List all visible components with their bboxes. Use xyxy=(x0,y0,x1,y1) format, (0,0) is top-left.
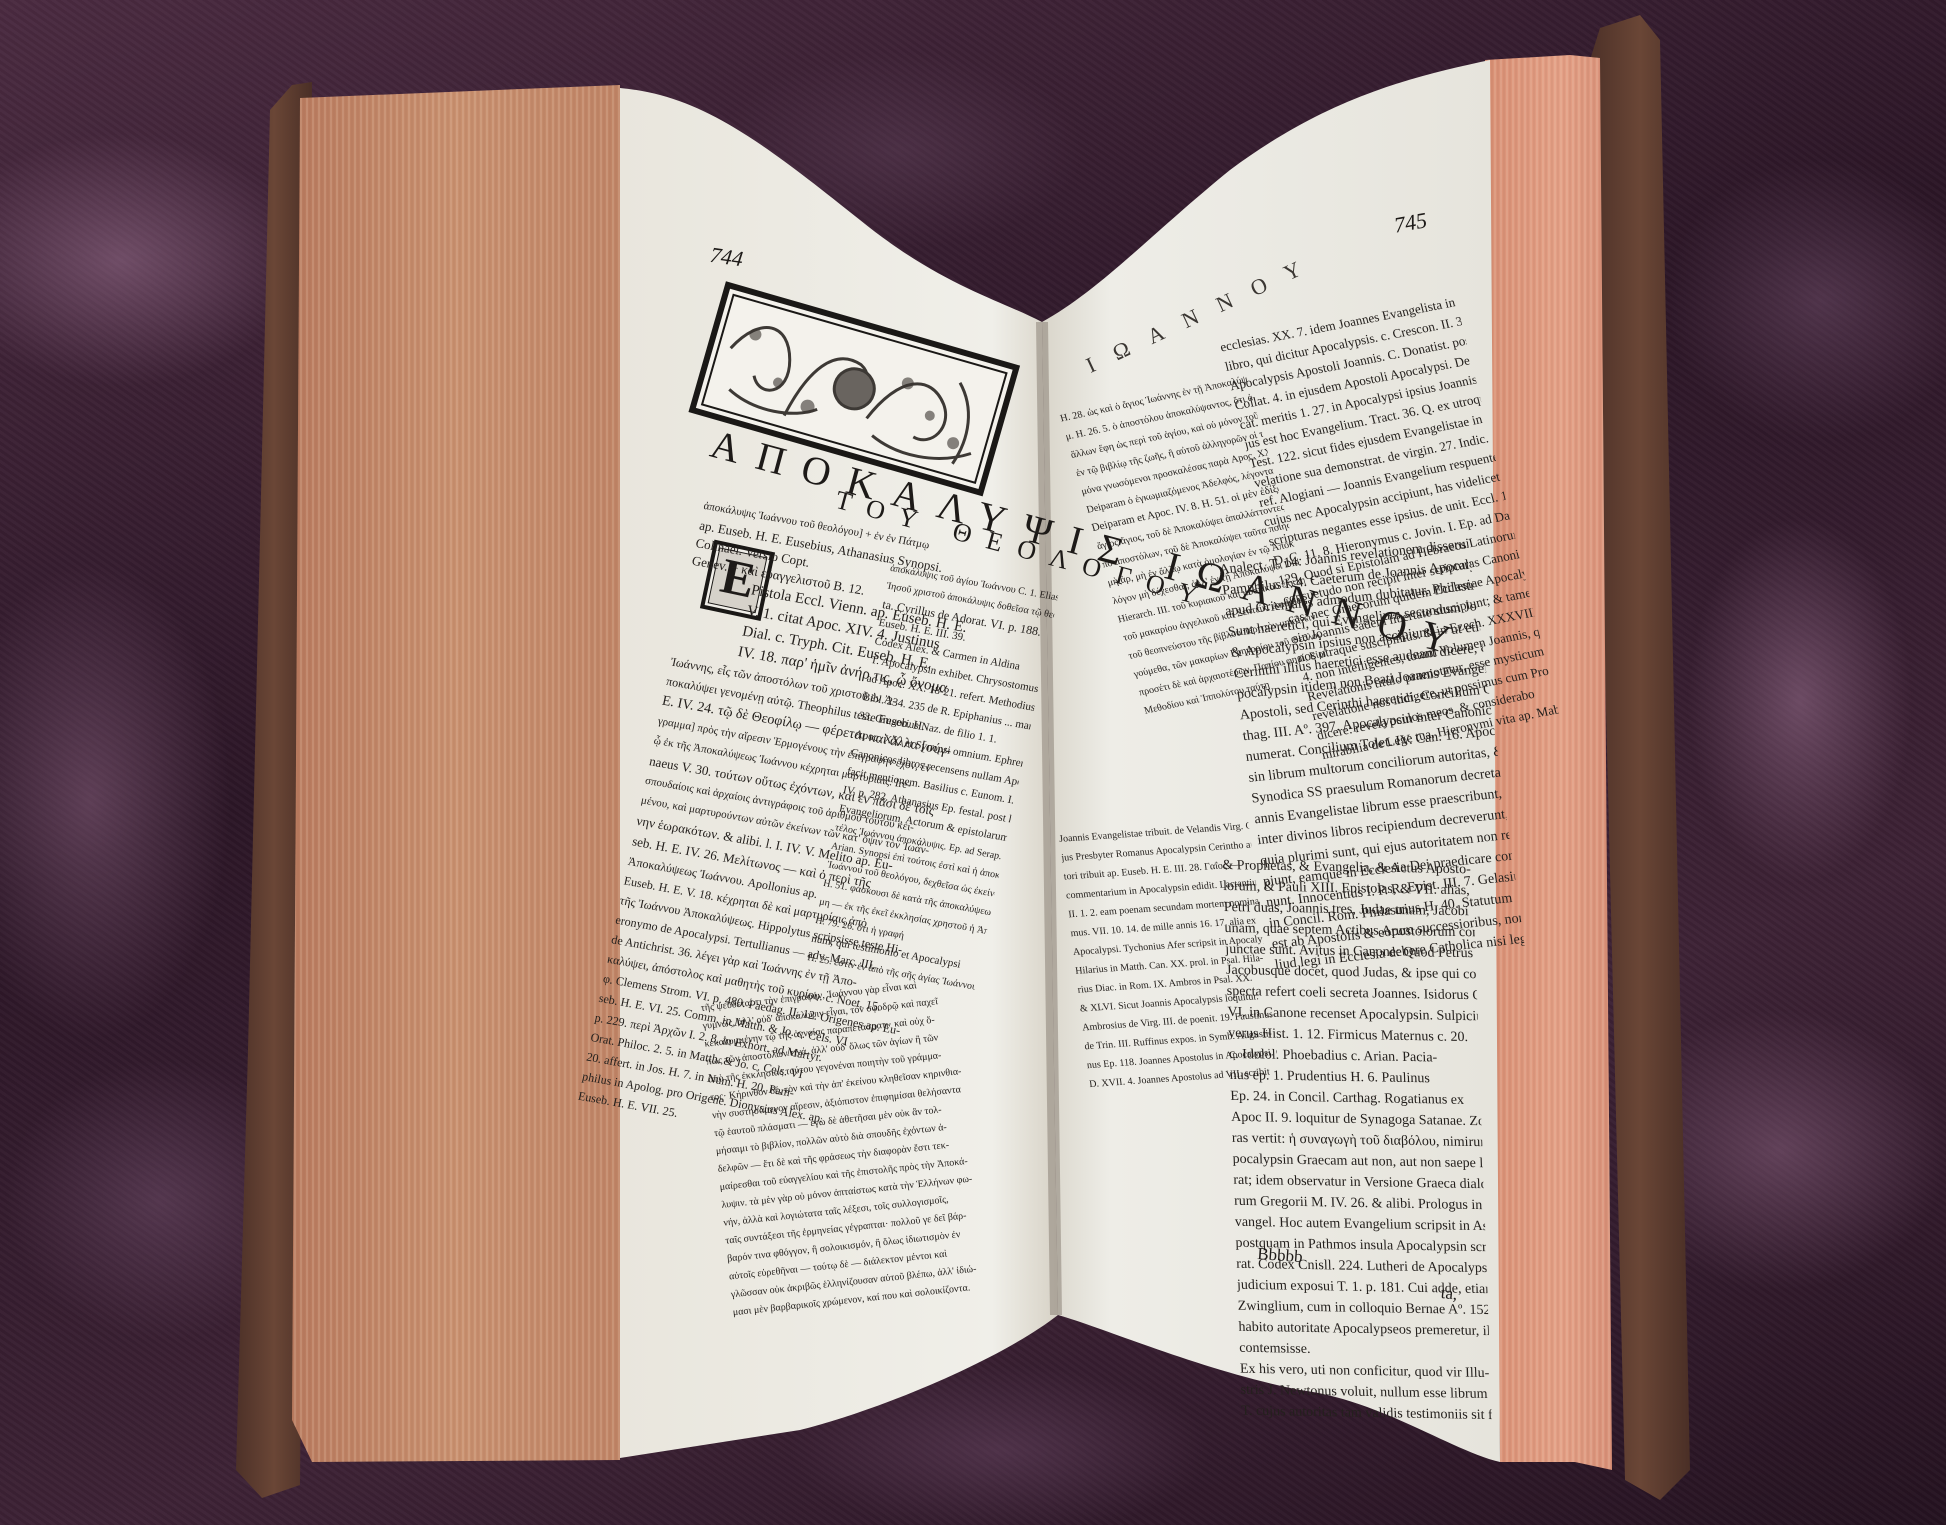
signature-mark: Bbbbb xyxy=(1257,1244,1304,1267)
text-line: T. cujus autoritas tam validis testimoni… xyxy=(1241,1401,1492,1426)
right-page-column-2-lower: & Prophetas, & Evangelia, & Actus Aposto… xyxy=(1222,855,1492,1426)
catchword: ta, xyxy=(1440,1283,1459,1305)
left-page-number: 744 xyxy=(708,242,744,272)
left-page-greek-block: τῆς ψεύδεταί τι τὴν ἐπιγραφήν, Ἰωάννου γ… xyxy=(700,973,992,1322)
